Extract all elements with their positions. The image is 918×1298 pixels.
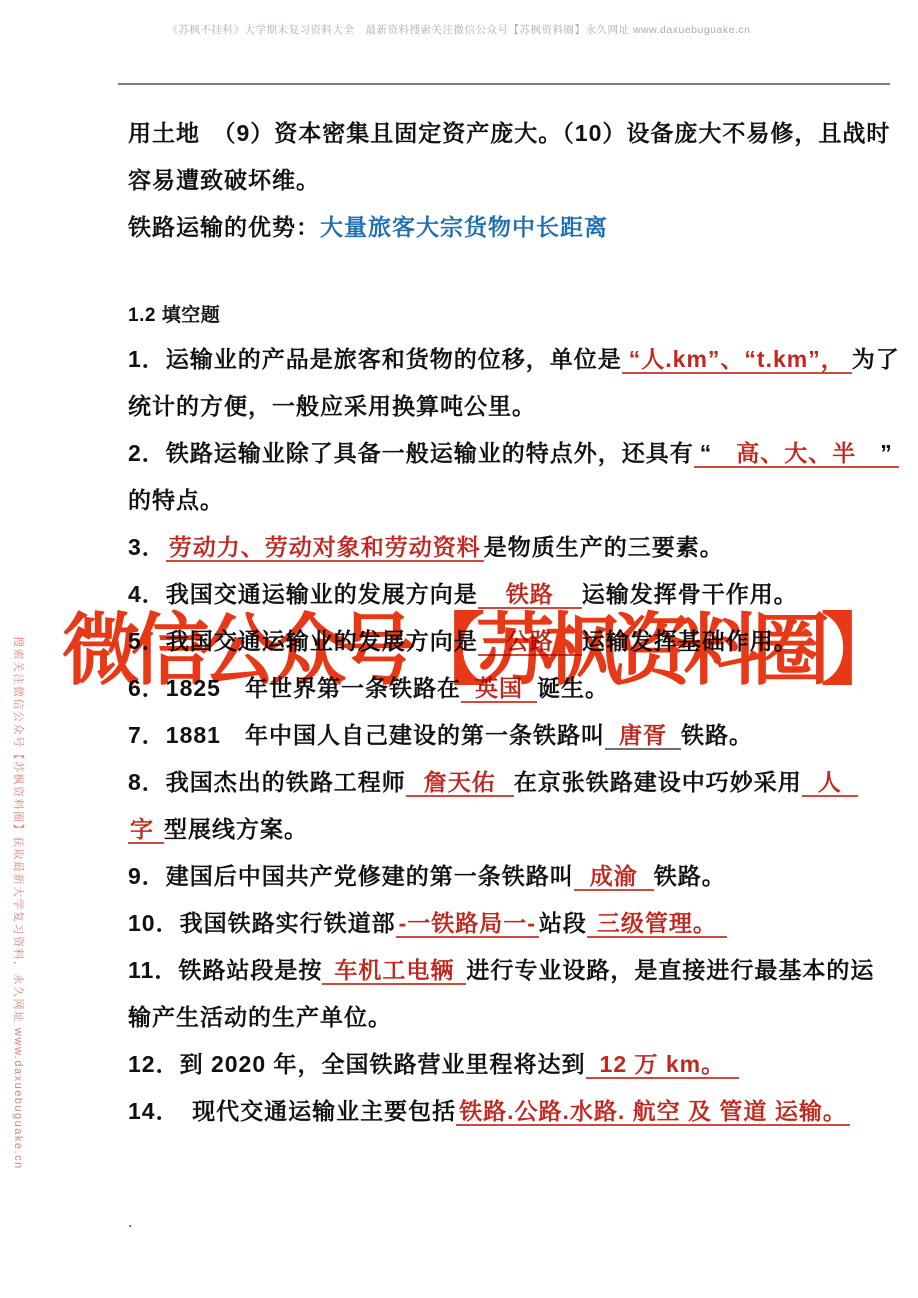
- question-12-text: 12．到 2020 年，全国铁路营业里程将达到: [128, 1051, 586, 1077]
- question-3-text: 是物质生产的三要素。: [484, 534, 724, 560]
- question-3-answer-blank: 劳动力、劳动对象和劳动资料: [166, 534, 484, 562]
- question-7: 7．1881 年中国人自己建设的第一条铁路叫唐胥铁路。: [128, 712, 908, 759]
- question-9: 9．建国后中国共产党修建的第一条铁路叫成渝铁路。: [128, 853, 908, 900]
- question-11-text-post: 进行专业设路，是直接进行最基本的运: [466, 957, 874, 983]
- question-2-line-2: 的特点。: [128, 477, 908, 524]
- watermark-text: 微信公众号【苏枫资料圈】: [62, 588, 890, 700]
- advantage-label: 铁路运输的优势：: [128, 214, 320, 240]
- question-10-text: 10．我国铁路实行铁道部: [128, 910, 396, 936]
- advantage-line: 铁路运输的优势：大量旅客大宗货物中长距离: [128, 204, 908, 251]
- paragraph-1-line-1: 用土地 （9）资本密集且固定资产庞大。（10）设备庞大不易修，且战时: [128, 110, 908, 157]
- question-8-text: 8．我国杰出的铁路工程师: [128, 769, 406, 795]
- question-1-line-1: 1．运输业的产品是旅客和货物的位移，单位是“人.km”、“t.km”，为了: [128, 336, 908, 383]
- footer-mark: ．: [128, 1212, 142, 1232]
- question-1-line-2: 统计的方便，一般应采用换算吨公里。: [128, 383, 908, 430]
- question-8-answer-blank-2: 人: [802, 769, 858, 797]
- blank-gap: [128, 251, 908, 296]
- question-8-text-post: 型展线方案。: [164, 816, 308, 842]
- question-8-answer-blank-1: 詹天佑: [406, 769, 514, 797]
- page-header: 《苏枫不挂科》大学期末复习资料大全 最新资料搜索关注微信公众号【苏枫资料圈】永久…: [0, 22, 918, 37]
- advantage-value: 大量旅客大宗货物中长距离: [320, 214, 608, 240]
- question-10-answer-blank-1: -一铁路局一-: [396, 910, 539, 938]
- question-9-text: 9．建国后中国共产党修建的第一条铁路叫: [128, 863, 574, 889]
- question-9-text-post: 铁路。: [654, 863, 726, 889]
- side-watermark-text: 搜索关注微信公众号【苏枫资料圈】获取最新大学复习资料，永久网址 www.daxu…: [11, 636, 27, 1170]
- question-10: 10．我国铁路实行铁道部-一铁路局一-站段三级管理。: [128, 900, 908, 947]
- question-2-answer-text: 高、大、半: [712, 440, 880, 466]
- question-7-text-post: 铁路。: [681, 722, 753, 748]
- question-14-text: 14． 现代交通运输业主要包括: [128, 1098, 456, 1124]
- header-divider: [118, 83, 890, 85]
- question-7-answer-blank: 唐胥: [605, 722, 681, 750]
- question-1-text-post: 为了: [852, 346, 900, 372]
- question-11-answer-blank: 车机工电辆: [322, 957, 466, 985]
- question-11-line-1: 11．铁路站段是按车机工电辆进行专业设路，是直接进行最基本的运: [128, 947, 908, 994]
- question-10-text-mid: 站段: [539, 910, 587, 936]
- question-2-text: 2．铁路运输业除了具备一般运输业的特点外，还具有: [128, 440, 694, 466]
- question-9-answer-blank: 成渝: [574, 863, 654, 891]
- question-14: 14． 现代交通运输业主要包括铁路.公路.水路. 航空 及 管道 运输。: [128, 1088, 908, 1135]
- question-8-line-1: 8．我国杰出的铁路工程师詹天佑在京张铁路建设中巧妙采用人: [128, 759, 908, 806]
- question-1-text: 1．运输业的产品是旅客和货物的位移，单位是: [128, 346, 622, 372]
- question-2-answer-blank: “ 高、大、半 ”: [694, 440, 899, 468]
- question-8-answer-blank-2b: 字: [128, 816, 164, 844]
- question-8-line-2: 字型展线方案。: [128, 806, 908, 853]
- question-11-line-2: 输产生活动的生产单位。: [128, 994, 908, 1041]
- question-12: 12．到 2020 年，全国铁路营业里程将达到12 万 km。: [128, 1041, 908, 1088]
- question-10-answer-blank-2: 三级管理。: [587, 910, 727, 938]
- question-7-text: 7．1881 年中国人自己建设的第一条铁路叫: [128, 722, 605, 748]
- paragraph-1-line-2: 容易遭致破坏维。: [128, 157, 908, 204]
- quote-close: ”: [880, 440, 893, 466]
- question-2-line-1: 2．铁路运输业除了具备一般运输业的特点外，还具有“ 高、大、半 ”: [128, 430, 908, 477]
- question-11-text: 11．铁路站段是按: [128, 957, 322, 983]
- section-title: 1.2 填空题: [128, 296, 908, 336]
- question-12-answer-blank: 12 万 km。: [586, 1051, 740, 1079]
- question-8-text-mid: 在京张铁路建设中巧妙采用: [514, 769, 802, 795]
- question-14-answer-blank: 铁路.公路.水路. 航空 及 管道 运输。: [456, 1098, 850, 1126]
- question-3: 3．劳动力、劳动对象和劳动资料是物质生产的三要素。: [128, 524, 908, 571]
- document-page: 《苏枫不挂科》大学期末复习资料大全 最新资料搜索关注微信公众号【苏枫资料圈】永久…: [0, 0, 918, 1298]
- question-1-answer-blank: “人.km”、“t.km”，: [622, 346, 852, 374]
- question-3-number: 3．: [128, 534, 166, 560]
- quote-open: “: [700, 440, 713, 466]
